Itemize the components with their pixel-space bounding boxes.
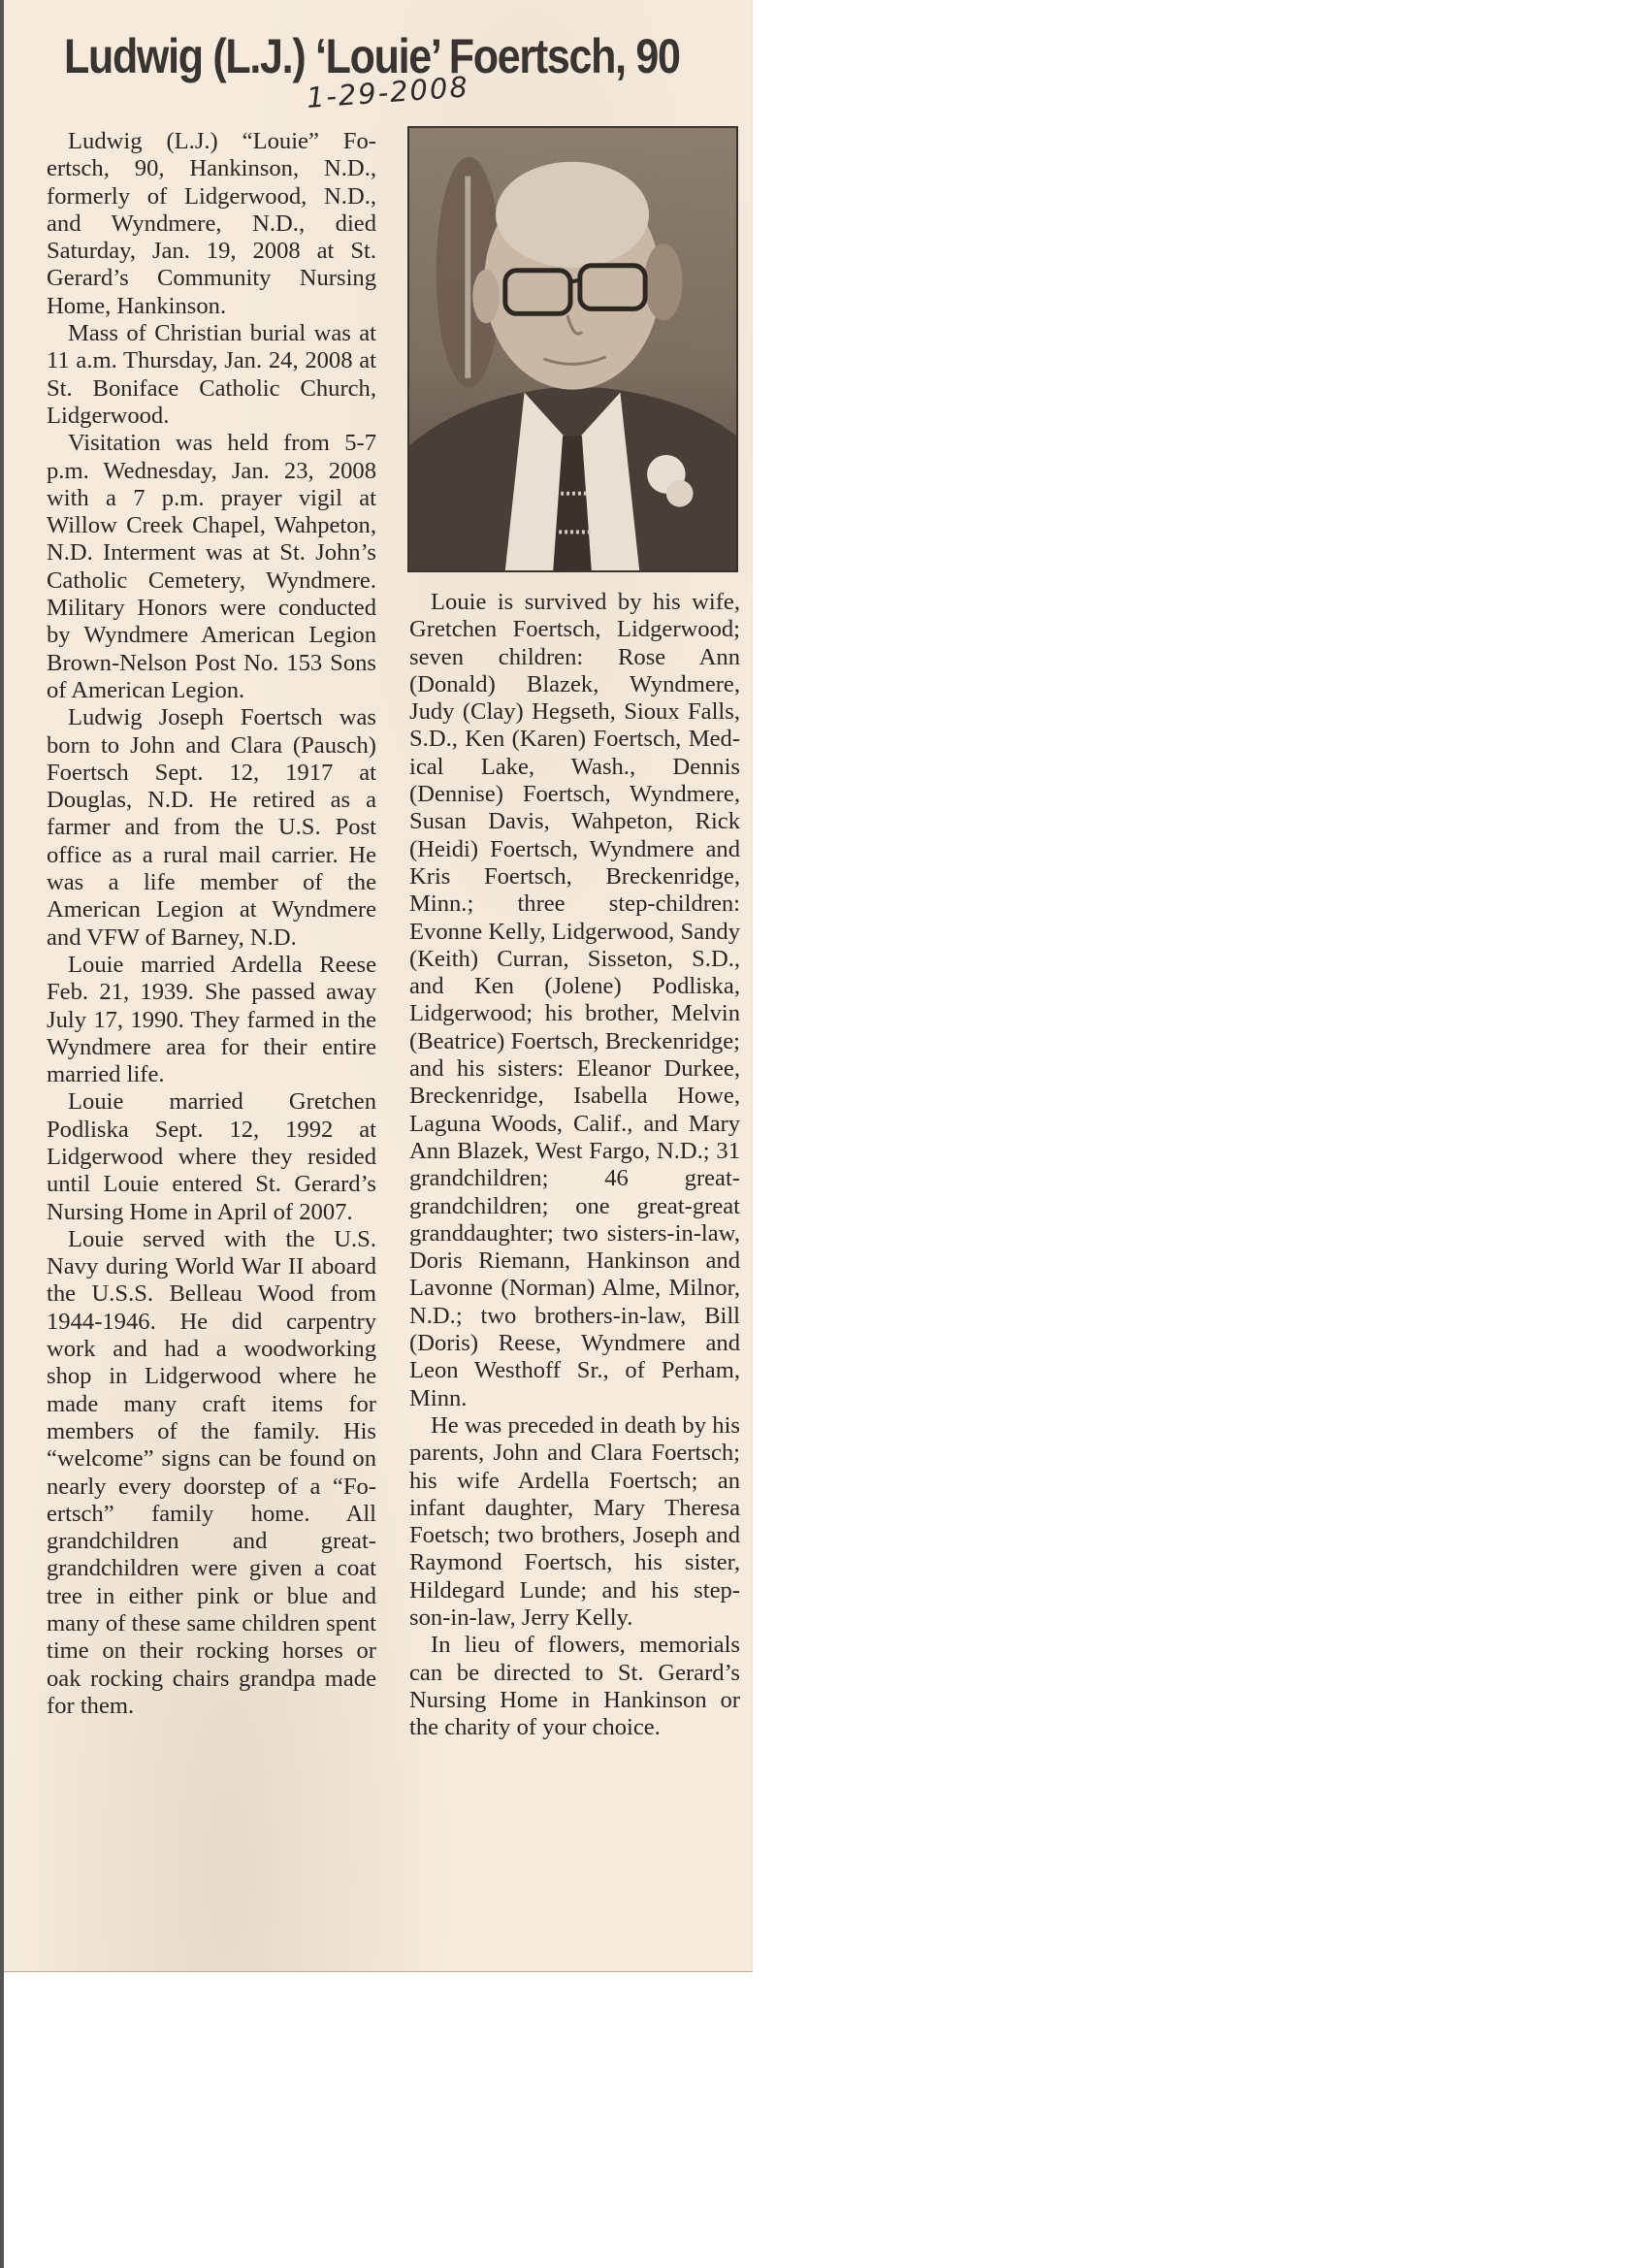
paragraph-survivors: Louie is survived by his wife, Gretchen … <box>409 589 740 1412</box>
paragraph-birth-career: Ludwig Joseph Foertsch was born to John … <box>47 704 376 952</box>
newspaper-clipping: Ludwig (L.J.) ‘Louie’ Foertsch, 90 1-29-… <box>4 0 753 1972</box>
paragraph-visitation: Visitation was held from 5-7 p.m. Wednes… <box>47 430 376 704</box>
portrait-photo <box>407 126 738 572</box>
paragraph-preceded-in-death: He was preceded in death by his parents,… <box>409 1412 740 1632</box>
paragraph-first-marriage: Louie married Ardella Reese Feb. 21, 193… <box>47 952 376 1088</box>
paragraph-death-notice: Ludwig (L.J.) “Louie” Fo­ertsch, 90, Han… <box>47 128 376 320</box>
paragraph-mass: Mass of Christian burial was at 11 a.m. … <box>47 320 376 430</box>
portrait-photo-icon <box>409 128 736 570</box>
right-column: Louie is survived by his wife, Gretchen … <box>409 589 740 1741</box>
left-column: Ludwig (L.J.) “Louie” Fo­ertsch, 90, Han… <box>47 128 376 1720</box>
paragraph-military-woodworking: Louie served with the U.S. Navy during W… <box>47 1226 376 1720</box>
headline: Ludwig (L.J.) ‘Louie’ Foertsch, 90 <box>64 27 631 85</box>
paragraph-second-marriage: Louie married Gretchen Podliska Sept. 12… <box>47 1088 376 1225</box>
paragraph-memorials: In lieu of flowers, memori­als can be di… <box>409 1632 740 1741</box>
